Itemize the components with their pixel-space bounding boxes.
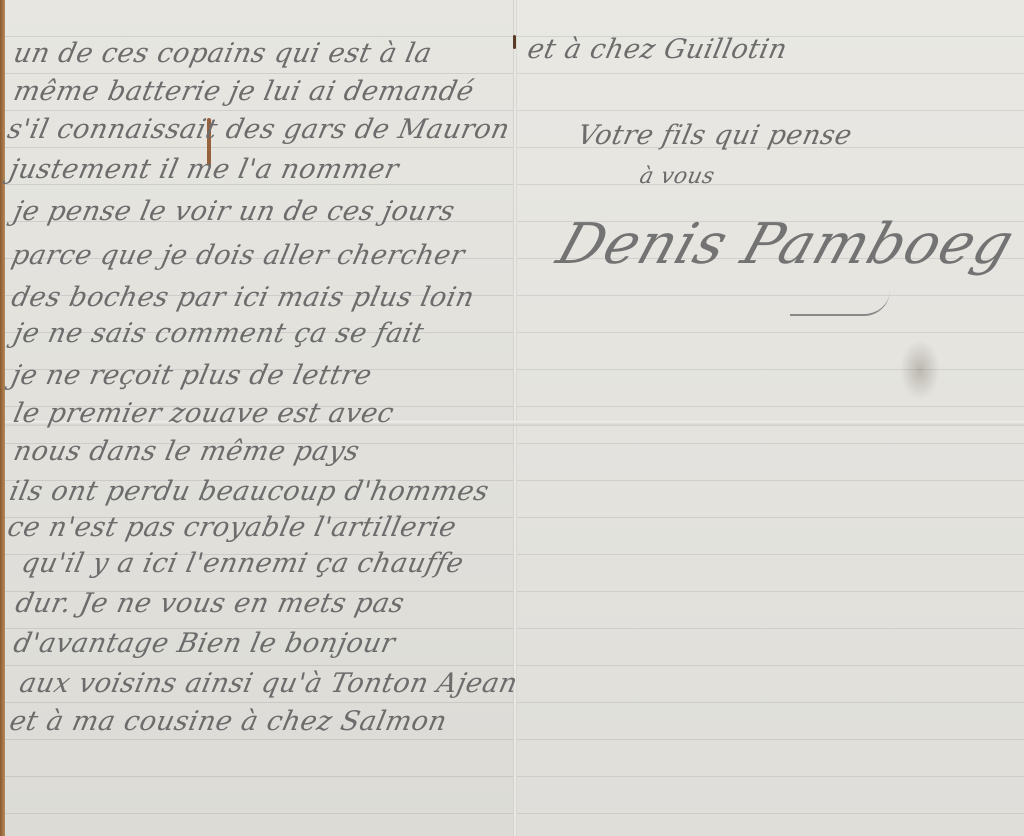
vertical-fold xyxy=(513,0,517,836)
left-line-6: parce que je dois aller chercher xyxy=(9,240,468,271)
right-line-3: à vous xyxy=(637,164,717,189)
left-line-18: et à ma cousine à chez Salmon xyxy=(7,706,450,737)
signature: Denis Pamboeg xyxy=(549,212,1022,277)
left-line-14: qu'il y a ici l'ennemi ça chauffe xyxy=(19,548,467,579)
signature-flourish xyxy=(790,290,890,316)
left-line-16: d'avantage Bien le bonjour xyxy=(11,628,398,659)
right-line-1: et à chez Guillotin xyxy=(525,34,790,65)
left-line-4: justement il me l'a nommer xyxy=(7,154,402,185)
right-line-2: Votre fils qui pense xyxy=(575,120,855,151)
ink-smudge xyxy=(900,340,940,400)
left-line-3: s'il connaissait des gars de Mauron xyxy=(5,114,513,145)
left-line-17: aux voisins ainsi qu'à Tonton Ajean xyxy=(17,668,521,699)
left-line-7: des boches par ici mais plus loin xyxy=(9,282,478,313)
left-line-8: je ne sais comment ça se fait xyxy=(11,318,427,349)
left-line-10: le premier zouave est avec xyxy=(11,398,397,429)
left-line-11: nous dans le même pays xyxy=(11,436,363,467)
left-line-2: même batterie je lui ai demandé xyxy=(11,76,477,107)
left-line-1: un de ces copains qui est à la xyxy=(11,38,435,69)
left-line-12: ils ont perdu beaucoup d'hommes xyxy=(7,476,492,507)
left-line-9: je ne reçoit plus de lettre xyxy=(9,360,375,391)
rust-mark xyxy=(513,35,516,49)
left-line-5: je pense le voir un de ces jours xyxy=(11,196,458,227)
left-line-15: dur. Je ne vous en mets pas xyxy=(13,588,408,619)
left-line-13: ce n'est pas croyable l'artillerie xyxy=(5,512,460,543)
letter-photo: un de ces copains qui est à la même batt… xyxy=(0,0,1024,836)
